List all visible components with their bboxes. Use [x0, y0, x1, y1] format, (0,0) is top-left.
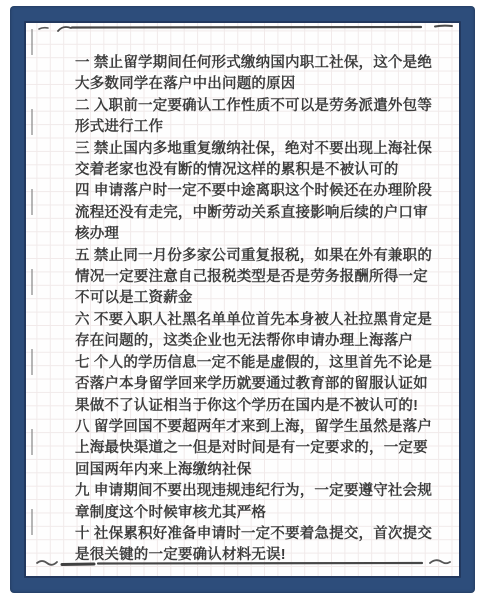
top-rule-line: [31, 22, 456, 36]
text-line: 流程还没有走完，中断劳动关系直接影响后续的户口审: [75, 203, 435, 224]
text-line: 核办理: [75, 224, 435, 245]
text-line: 果做不了认证相当于你这个学历在国内是不被认可的!: [75, 396, 435, 417]
text-line: 八 留学回国不要超两年才来到上海，留学生虽然是落户: [75, 417, 435, 438]
text-line: 二 入职前一定要确认工作性质不可以是劳务派遣外包等: [75, 96, 435, 117]
text-line: 十 社保累积好准备申请时一定不要着急提交，首次提交: [75, 524, 435, 545]
text-block: 一 禁止留学期间任何形式缴纳国内职工社保，这个是绝大多数同学在落户中出问题的原因…: [75, 53, 435, 567]
text-line: 形式进行工作: [75, 117, 435, 138]
text-line: 五 禁止同一月份多家公司重复报税，如果在外有兼职的: [75, 246, 435, 267]
photo-canvas: 一 禁止留学期间任何形式缴纳国内职工社保，这个是绝大多数同学在落户中出问题的原因…: [0, 0, 485, 600]
text-line: 情况一定要注意自己报税类型是否是劳务报酬所得一定: [75, 267, 435, 288]
text-line: 不可以是工资薪金: [75, 288, 435, 309]
navy-frame: 一 禁止留学期间任何形式缴纳国内职工社保，这个是绝大多数同学在落户中出问题的原因…: [10, 6, 475, 593]
text-line: 七 个人的学历信息一定不能是虚假的，这里首先不论是: [75, 353, 435, 374]
text-line: 章制度这个时候审核尤其严格: [75, 503, 435, 524]
text-line: 存在问题的，这类企业也无法帮你申请办理上海落户: [75, 331, 435, 352]
text-line: 九 申请期间不要出现违规违纪行为，一定要遵守社会规: [75, 481, 435, 502]
notebook-paper: 一 禁止留学期间任何形式缴纳国内职工社保，这个是绝大多数同学在落户中出问题的原因…: [24, 21, 461, 578]
bottom-rule-line: [31, 557, 456, 571]
left-edge-dashes: [31, 29, 33, 542]
text-line: 四 申请落户时一定不要中途离职这个时候还在办理阶段: [75, 181, 435, 202]
text-line: 交着老家也没有断的情况这样的累积是不被认可的: [75, 160, 435, 181]
text-line: 一 禁止留学期间任何形式缴纳国内职工社保，这个是绝: [75, 53, 435, 74]
text-line: 大多数同学在落户中出问题的原因: [75, 74, 435, 95]
text-line: 否落户本身留学回来学历就要通过教育部的留服认证如: [75, 374, 435, 395]
text-line: 回国两年内来上海缴纳社保: [75, 460, 435, 481]
text-line: 三 禁止国内多地重复缴纳社保，绝对不要出现上海社保: [75, 139, 435, 160]
text-line: 上海最快渠道之一但是对时间是有一定要求的，一定要: [75, 438, 435, 459]
text-line: 六 不要入职人社黑名单单位首先本身被人社拉黑肯定是: [75, 310, 435, 331]
